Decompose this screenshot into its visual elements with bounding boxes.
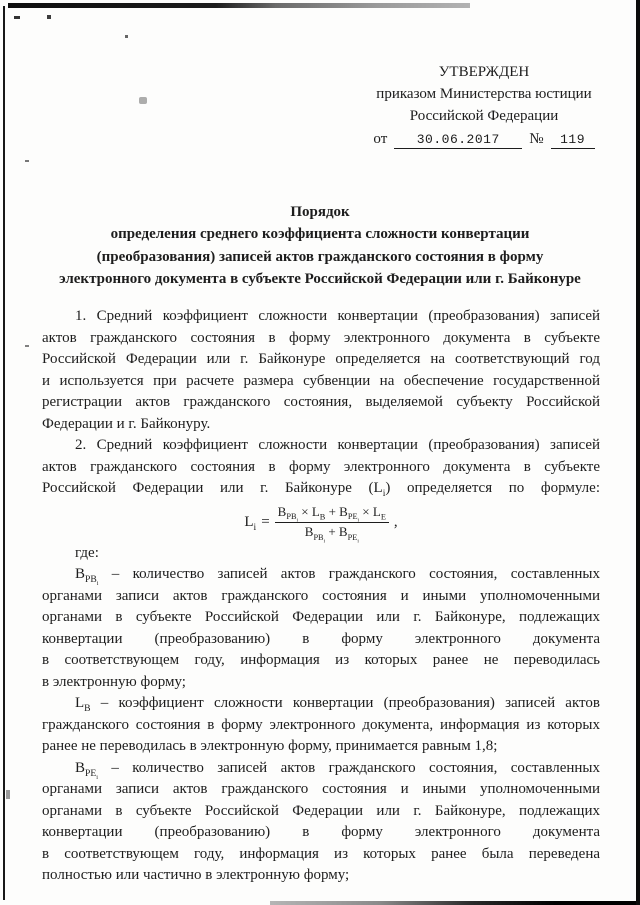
number-underline: 119 [551,131,595,149]
document-page: УТВЕРЖДЕН приказом Министерства юстиции … [0,0,640,905]
formula-lhs: Li [244,512,256,534]
text-line: актов гражданского состояния в форму эле… [42,328,600,350]
text-line: в соответствующем году, информация из ко… [42,844,600,866]
scan-edge-right [636,0,640,905]
text-line: Федерации и г. Байконуру. [42,414,600,436]
text-line: ВРЕi – количество записей актов гражданс… [42,758,600,780]
text-line: в электронную форму; [42,672,600,694]
text-line: ранее не переводилась в электронную форм… [42,736,600,758]
formula-denominator: ВРВi + ВРЕi [275,523,389,541]
scan-speck [139,97,147,104]
date-underline: 30.06.2017 [394,131,522,149]
formula-comma: , [394,512,398,534]
text-line: 2. Средний коэффициент сложности конверт… [42,435,600,457]
text-line: Российской Федерации или г. Байконуре (L… [42,478,600,500]
text-line: в соответствующем году, информация из ко… [42,650,600,672]
scan-speck [6,790,10,799]
formula: Li=ВРВi × LВ + ВРЕi × LЕВРВi + ВРЕi, [42,503,600,543]
text-line: регистрации актов гражданского состояния… [42,392,600,414]
approval-date-number-line: от 30.06.2017 № 119 [344,128,624,150]
approval-line-rf: Российской Федерации [344,105,624,127]
text-line: органами записи актов гражданского состо… [42,779,600,801]
formula-equals: = [261,512,269,534]
title-line: Порядок [40,201,600,223]
title-line: электронного документа в субъекте Россий… [40,268,600,290]
scan-edge-left [3,6,5,900]
scan-edge-top [8,3,470,8]
title-line: (преобразования) записей актов гражданск… [40,246,600,268]
scan-speck [14,16,20,19]
text-line: Российской Федерации или г. Байконуре оп… [42,349,600,371]
scan-edge-bottom [270,901,636,905]
document-title: Порядокопределения среднего коэффициента… [40,201,600,290]
text-line: и используется при расчете размера субве… [42,371,600,393]
text-line: органами в субъекте Российской Федерации… [42,607,600,629]
number-value: 119 [560,132,585,147]
text-line: органами записи актов гражданского состо… [42,586,600,608]
text-line: где: [42,543,600,565]
scan-speck [25,160,29,162]
date-value: 30.06.2017 [417,132,500,147]
text-line: органами в субъекте Российской Федерации… [42,801,600,823]
text-line: конвертации (преобразованию) в форму эле… [42,629,600,651]
text-line: актов гражданского состояния в форму эле… [42,457,600,479]
scan-speck [125,35,128,38]
body-text: 1. Средний коэффициент сложности конверт… [42,306,600,887]
approval-line-approved: УТВЕРЖДЕН [344,61,624,83]
number-sign: № [529,128,543,150]
text-line: конвертации (преобразованию) в форму эле… [42,822,600,844]
text-line: полностью или частично в электронную фор… [42,865,600,887]
title-line: определения среднего коэффициента сложно… [40,223,600,245]
formula-numerator: ВРВi × LВ + ВРЕi × LЕ [275,504,389,523]
text-line: ВРВi – количество записей актов гражданс… [42,564,600,586]
scan-speck [47,15,51,19]
text-line: гражданского состояния в форму электронн… [42,715,600,737]
formula-fraction: ВРВi × LВ + ВРЕi × LЕВРВi + ВРЕi [275,504,389,542]
date-prefix-label: от [373,128,387,150]
text-line: LВ – коэффициент сложности конвертации (… [42,693,600,715]
text-line: 1. Средний коэффициент сложности конверт… [42,306,600,328]
approval-line-order: приказом Министерства юстиции [344,83,624,105]
approval-block: УТВЕРЖДЕН приказом Министерства юстиции … [344,61,624,150]
scan-speck [25,345,29,347]
